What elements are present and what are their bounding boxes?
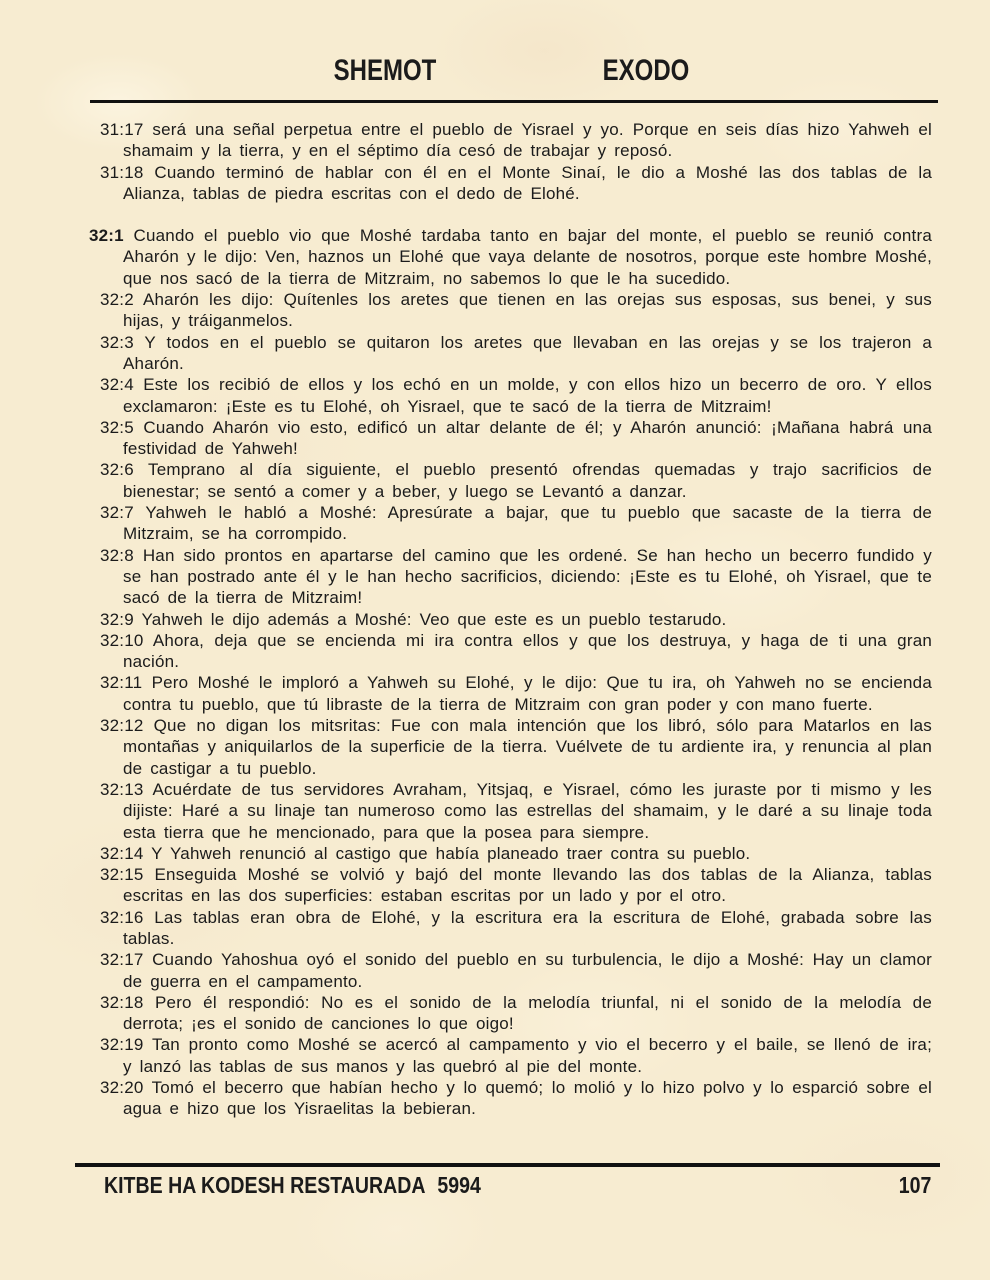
verse-32-17: 32:17 Cuando Yahoshua oyó el sonido del … xyxy=(100,949,932,992)
verse-number: 32:14 xyxy=(100,844,144,863)
verse-32-3: 32:3 Y todos en el pueblo se quitaron lo… xyxy=(100,332,932,375)
header-divider xyxy=(90,100,938,103)
verse-number: 32:7 xyxy=(100,503,134,522)
verse-number: 32:8 xyxy=(100,546,134,565)
verse-number: 32:20 xyxy=(100,1078,144,1097)
verse-number: 32:4 xyxy=(100,375,134,394)
verse-number: 32:11 xyxy=(100,673,142,692)
verse-number: 32:12 xyxy=(100,716,144,735)
verse-32-5: 32:5 Cuando Aharón vio esto, edificó un … xyxy=(100,417,932,460)
verse-32-14: 32:14 Y Yahweh renunció al castigo que h… xyxy=(100,843,932,864)
verse-number: 32:6 xyxy=(100,460,134,479)
verse-32-1: 32:1 Cuando el pueblo vio que Moshé tard… xyxy=(89,225,932,289)
verse-number: 31:18 xyxy=(100,163,144,182)
verse-32-16: 32:16 Las tablas eran obra de Elohé, y l… xyxy=(100,907,932,950)
verse-number: 32:10 xyxy=(100,631,144,650)
verse-list: 31:17 será una señal perpetua entre el p… xyxy=(100,119,932,1120)
verse-number: 32:18 xyxy=(100,993,144,1012)
footer-book-title: KITBE HA KODESH RESTAURADA5994 xyxy=(104,1172,481,1199)
verse-number: 32:5 xyxy=(100,418,134,437)
verse-number: 32:9 xyxy=(100,610,134,629)
page-title-exodo: EXODO xyxy=(603,54,690,88)
verse-number: 32:1 xyxy=(89,226,124,245)
verse-number: 32:2 xyxy=(100,290,134,309)
footer-divider xyxy=(75,1163,940,1167)
verse-31-17: 31:17 será una señal perpetua entre el p… xyxy=(100,119,932,162)
page-title-shemot: SHEMOT xyxy=(334,54,437,88)
verse-32-2: 32:2 Aharón les dijo: Quítenles los aret… xyxy=(100,289,932,332)
verse-number: 32:15 xyxy=(100,865,144,884)
verse-number: 32:16 xyxy=(100,908,144,927)
footer-year: 5994 xyxy=(437,1172,480,1198)
verse-32-7: 32:7 Yahweh le habló a Moshé: Apresúrate… xyxy=(100,502,932,545)
verse-number: 32:13 xyxy=(100,780,144,799)
verse-32-8: 32:8 Han sido prontos en apartarse del c… xyxy=(100,545,932,609)
verse-32-4: 32:4 Este los recibió de ellos y los ech… xyxy=(100,374,932,417)
verse-number: 32:3 xyxy=(100,333,134,352)
verse-32-6: 32:6 Temprano al día siguiente, el puebl… xyxy=(100,459,932,502)
verse-32-9: 32:9 Yahweh le dijo además a Moshé: Veo … xyxy=(100,609,932,630)
verse-32-11: 32:11 Pero Moshé le imploró a Yahweh su … xyxy=(100,672,932,715)
footer-page-number: 107 xyxy=(898,1172,931,1199)
verse-number: 31:17 xyxy=(100,120,144,139)
verse-32-13: 32:13 Acuérdate de tus servidores Avraha… xyxy=(100,779,932,843)
verse-32-12: 32:12 Que no digan los mitsritas: Fue co… xyxy=(100,715,932,779)
verse-number: 32:19 xyxy=(100,1035,144,1054)
verse-32-10: 32:10 Ahora, deja que se encienda mi ira… xyxy=(100,630,932,673)
verse-32-19: 32:19 Tan pronto como Moshé se acercó al… xyxy=(100,1034,932,1077)
verse-number: 32:17 xyxy=(100,950,144,969)
scripture-page: SHEMOT EXODO 31:17 será una señal perpet… xyxy=(0,0,990,1280)
verse-31-18: 31:18 Cuando terminó de hablar con él en… xyxy=(100,162,932,205)
verse-32-20: 32:20 Tomó el becerro que habían hecho y… xyxy=(100,1077,932,1120)
footer-book-title-text: KITBE HA KODESH RESTAURADA xyxy=(104,1172,425,1198)
verse-32-15: 32:15 Enseguida Moshé se volvió y bajó d… xyxy=(100,864,932,907)
verse-32-18: 32:18 Pero él respondió: No es el sonido… xyxy=(100,992,932,1035)
